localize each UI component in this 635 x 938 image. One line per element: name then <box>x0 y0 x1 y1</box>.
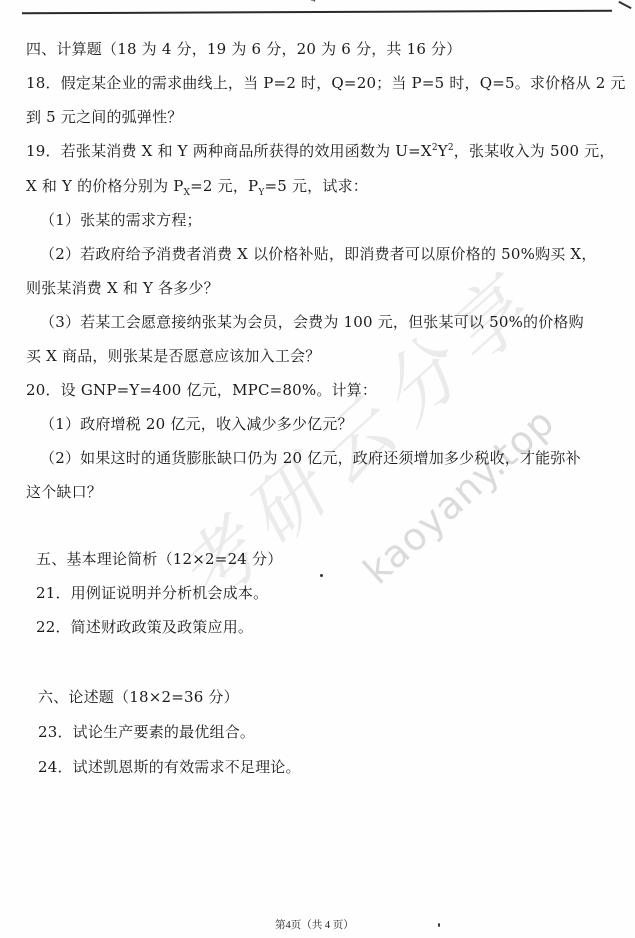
question-19-part-3-line-1: （3）若某工会愿意接纳张某为会员，会费为 100 元，但张某可以 50%的价格购 <box>40 311 584 332</box>
question-18-line-1: 18．假定某企业的需求曲线上，当 P=2 时，Q=20；当 P=5 时，Q=5。… <box>26 72 626 93</box>
corner-mark <box>618 1 631 9</box>
question-20-part-2-line-1: （2）如果这时的通货膨胀缺口仍为 20 亿元，政府还须增加多少税收，才能弥补 <box>40 447 581 468</box>
page-footer: 第4页（共 4 页） <box>275 917 354 932</box>
q19-price-text-a: X 和 Y 的价格分别为 P <box>26 177 184 195</box>
exam-page: 4 考研云分享 kaoyany.top 四、计算题（18 为 4 分，19 为 … <box>0 0 635 938</box>
question-24: 24．试述凯恩斯的有效需求不足理论。 <box>38 756 301 777</box>
q19-text-c: ，张某收入为 500 元， <box>454 142 615 160</box>
q19-price-text-b: =2 元，P <box>190 177 258 195</box>
question-20-line-1: 20．设 GNP=Y=400 亿元，MPC=80%。计算： <box>26 379 377 400</box>
question-21: 21．用例证说明并分析机会成本。 <box>36 582 268 603</box>
header-page-mark: 4 <box>311 0 316 4</box>
question-19-part-2-line-1: （2）若政府给予消费者消费 X 以价格补贴，即消费者可以原价格的 50%购买 X… <box>40 243 597 264</box>
question-23: 23．试论生产要素的最优组合。 <box>38 721 255 742</box>
scan-speck <box>438 923 440 927</box>
question-18-line-2: 到 5 元之间的弧弹性？ <box>26 106 182 127</box>
question-19-line-2: X 和 Y 的价格分别为 PX=2 元，PY=5 元，试求： <box>26 175 368 196</box>
q19-text-b: Y <box>438 142 448 160</box>
section-5-title: 五、基本理论简析（12×2=24 分） <box>36 548 282 569</box>
question-19-part-2-line-2: 则张某消费 X 和 Y 各多少？ <box>26 277 219 298</box>
q19-text-a: 19．若张某消费 X 和 Y 两种商品所获得的效用函数为 U=X <box>26 142 432 160</box>
watermark-url: kaoyany.top <box>355 399 563 592</box>
question-22: 22．简述财政政策及政策应用。 <box>36 616 253 637</box>
scan-speck <box>320 574 323 577</box>
question-19-part-3-line-2: 买 X 商品，则张某是否愿意应该加入工会？ <box>26 345 320 366</box>
header-rule <box>22 10 612 14</box>
section-6-title: 六、论述题（18×2=36 分） <box>38 686 239 707</box>
question-19-line-1: 19．若张某消费 X 和 Y 两种商品所获得的效用函数为 U=X2Y2，张某收入… <box>26 140 615 161</box>
question-20-part-2-line-2: 这个缺口？ <box>26 481 102 502</box>
question-19-part-1: （1）张某的需求方程； <box>40 209 202 230</box>
question-20-part-1: （1）政府增税 20 亿元，收入减少多少亿元？ <box>40 413 353 434</box>
section-4-title: 四、计算题（18 为 4 分，19 为 6 分，20 为 6 分，共 16 分） <box>26 38 461 59</box>
q19-price-text-c: =5 元，试求： <box>265 177 368 195</box>
